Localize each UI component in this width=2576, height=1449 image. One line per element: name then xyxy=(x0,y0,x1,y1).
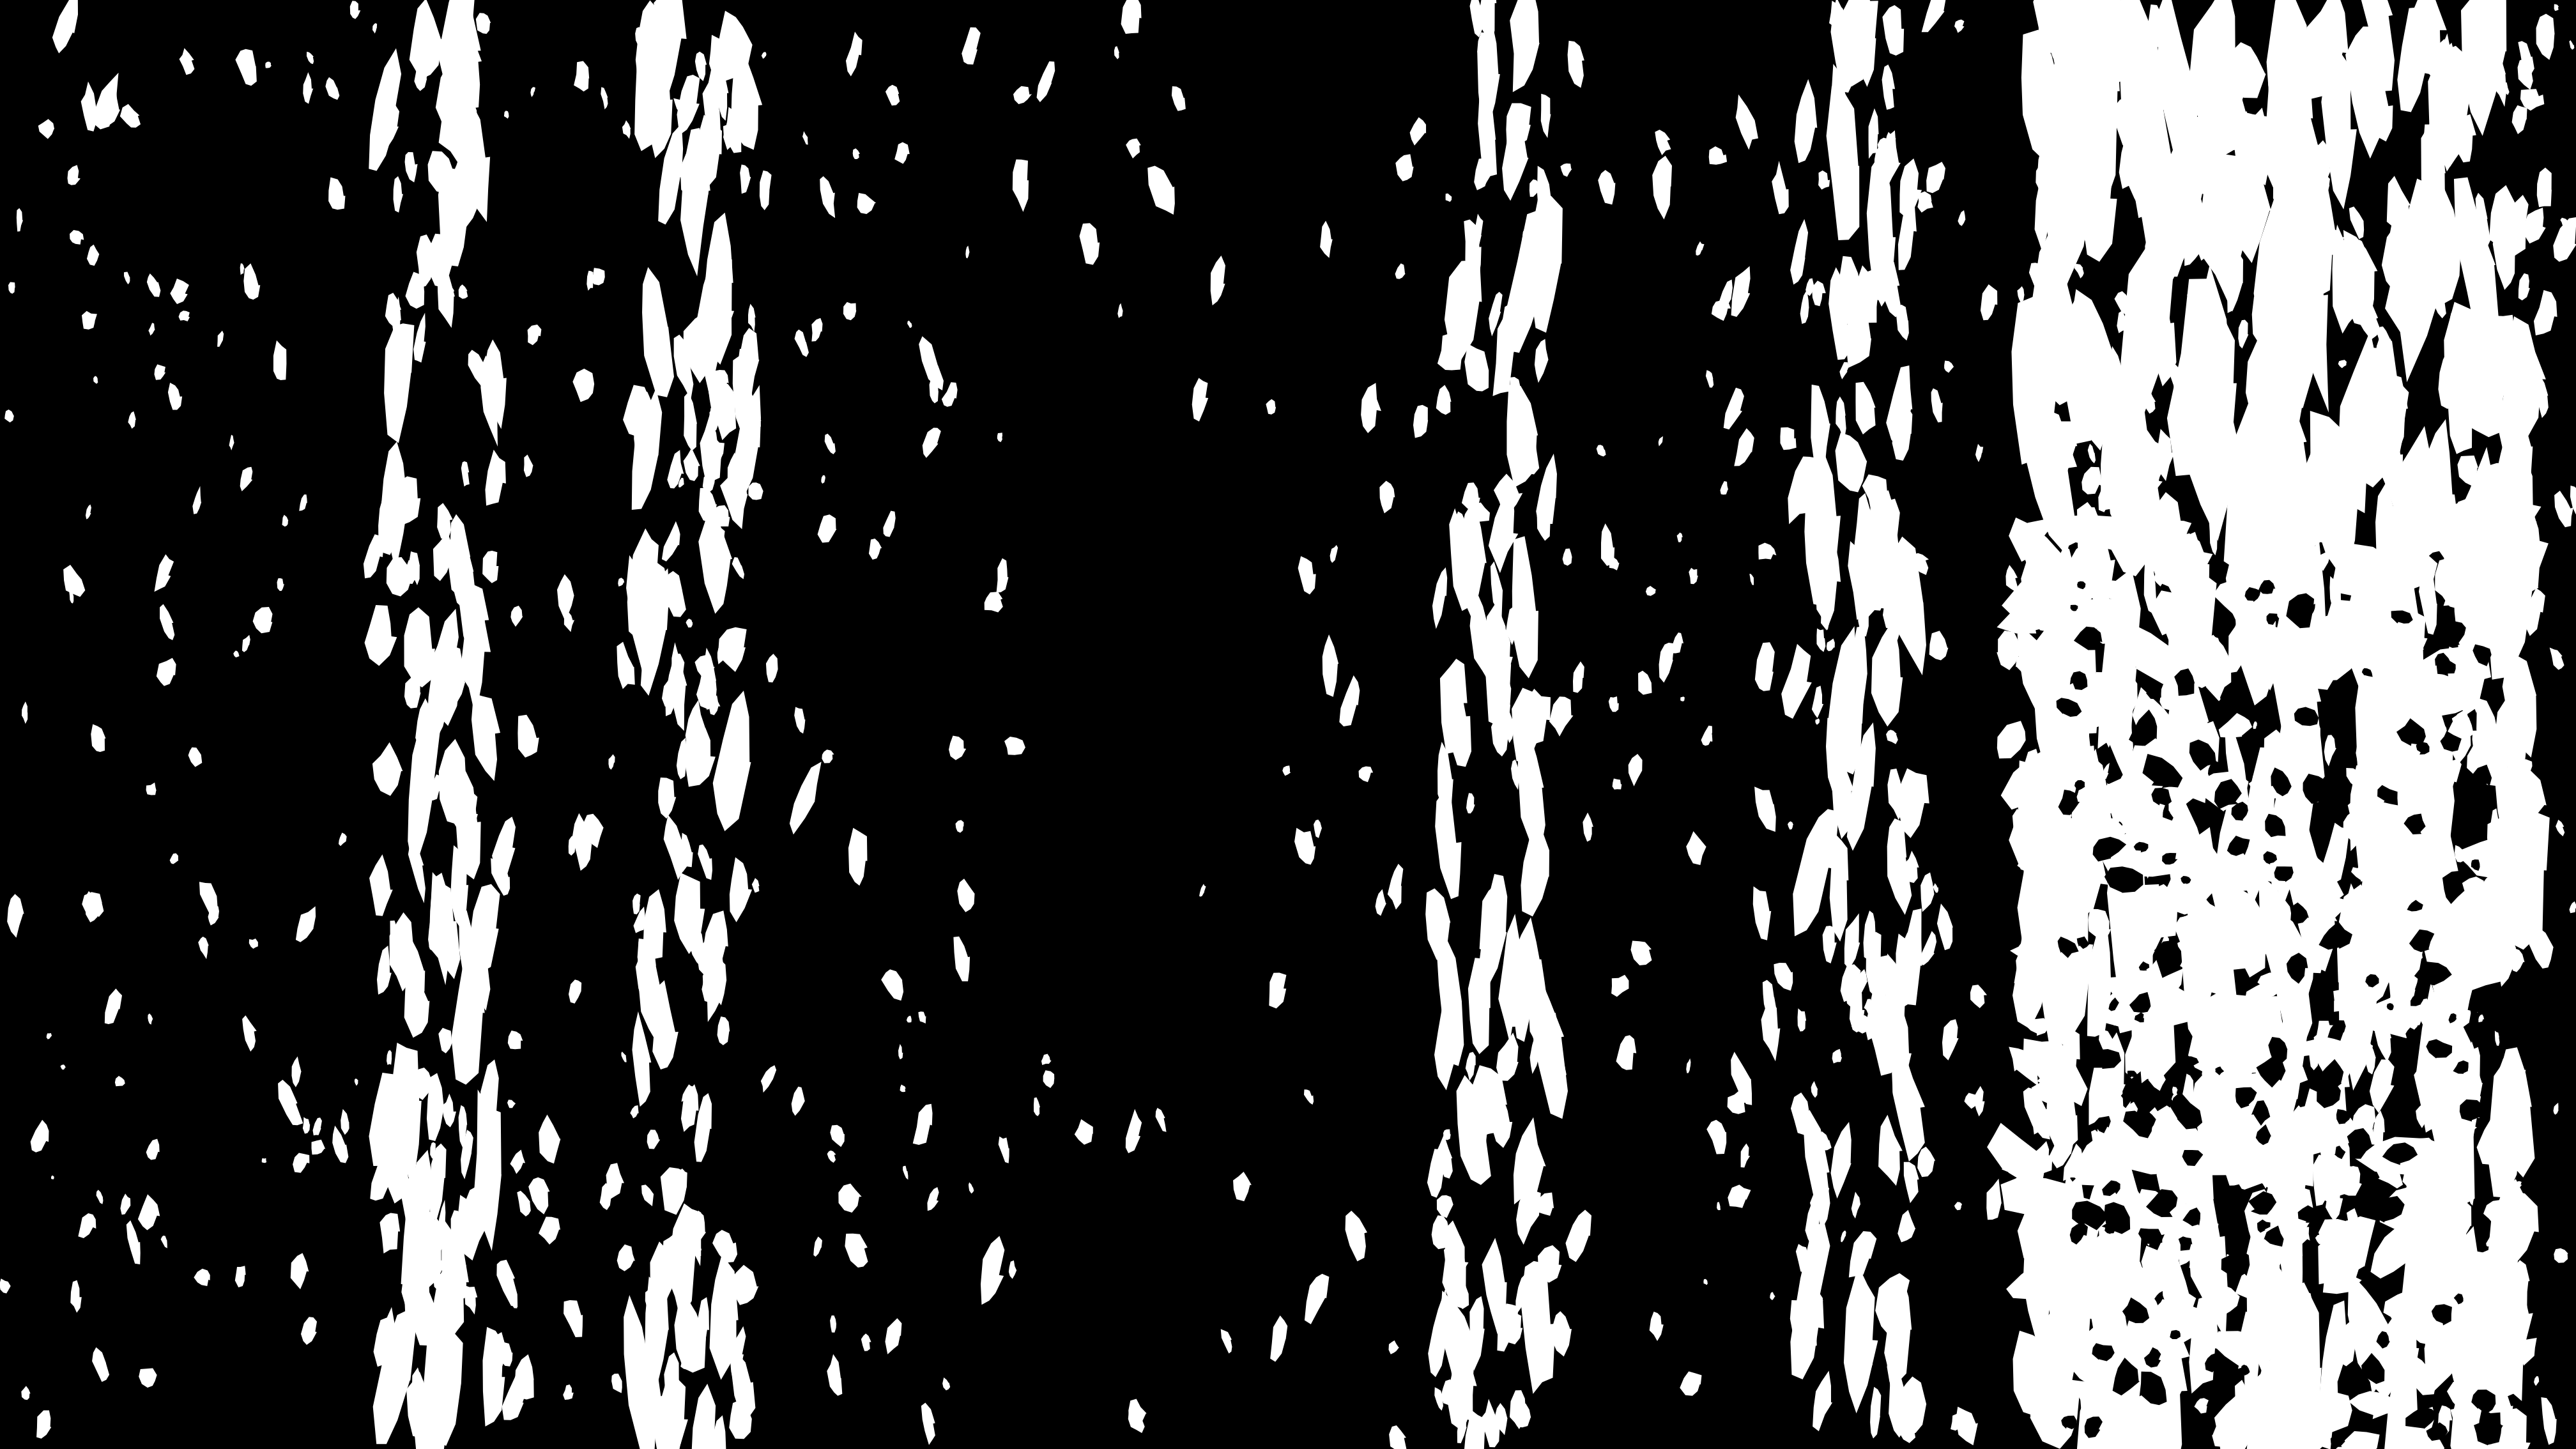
grunge-texture-background xyxy=(0,0,2576,1449)
splatter-texture xyxy=(0,0,2576,1449)
